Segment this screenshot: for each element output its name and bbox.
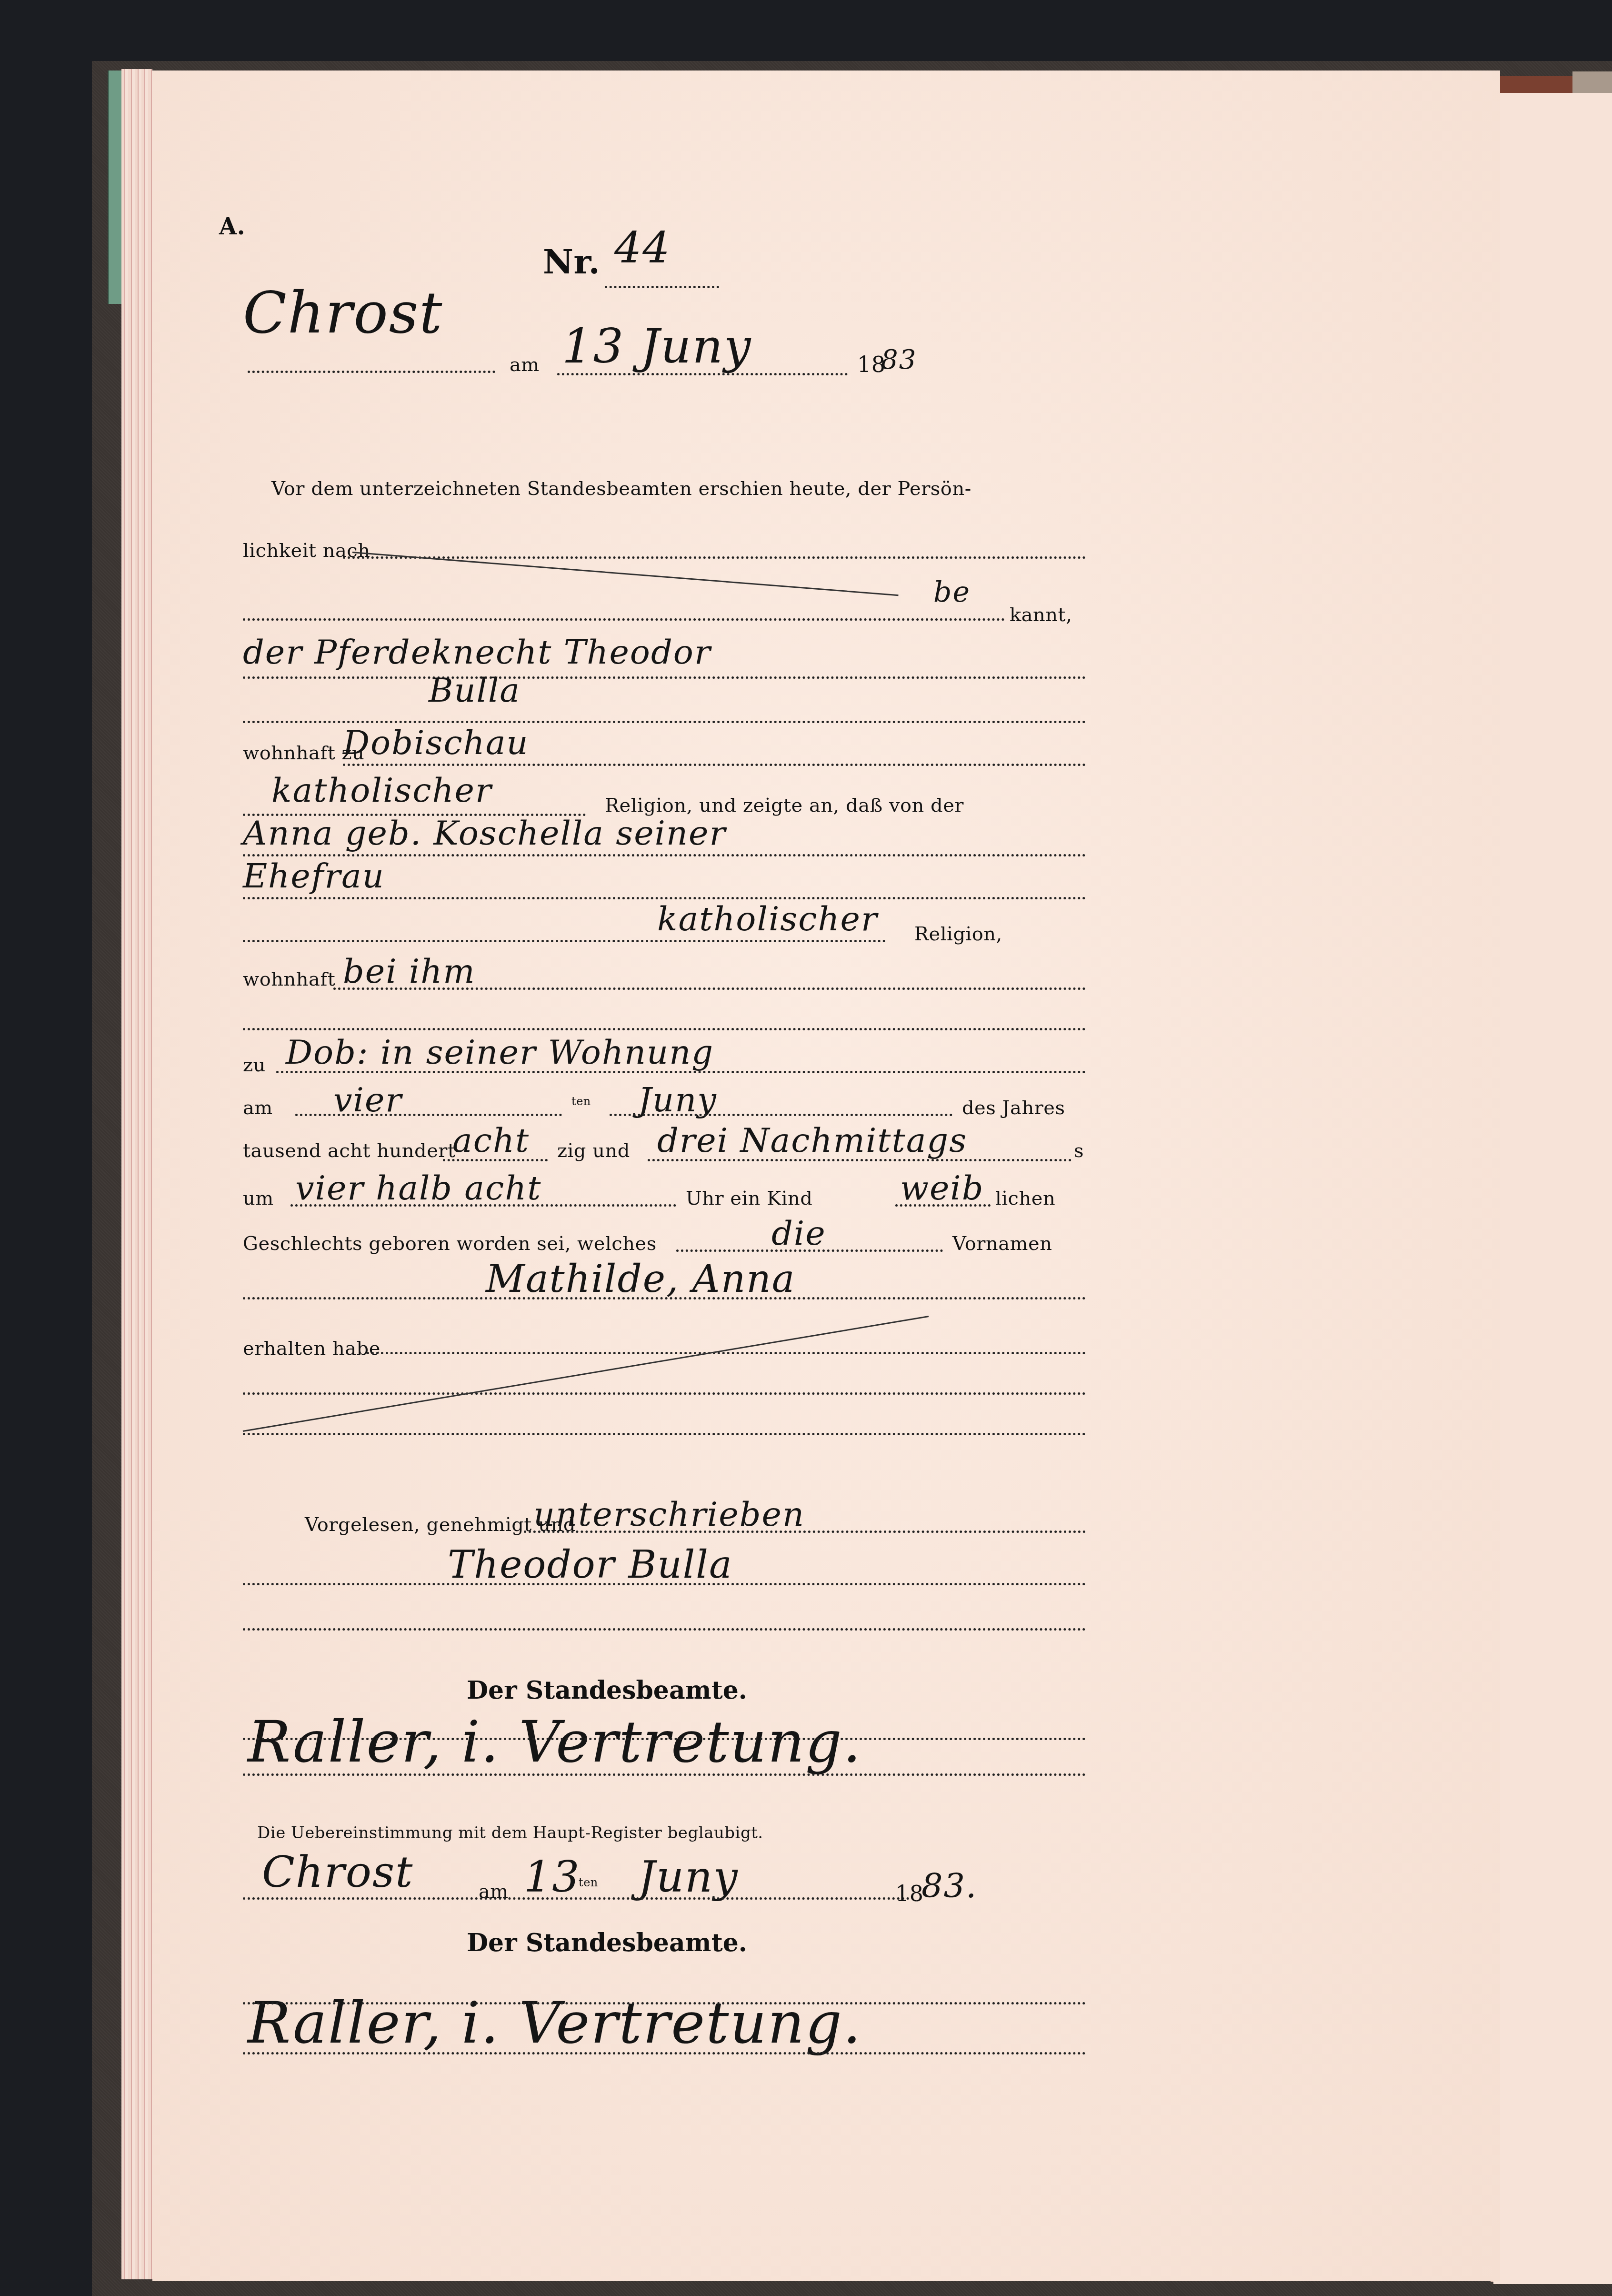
cert-registrar-signature: Raller, i. Vertretung.: [248, 1990, 862, 2056]
year-words-prefix: tausend acht hundert: [243, 1140, 456, 1162]
birth-record-form: A. Nr. 44 Chrost am 13 Juny 18 83 Vor de…: [152, 70, 1500, 2281]
named-text: Geschlechts geboren worden sei, welches: [243, 1233, 657, 1255]
declarant-line-1: [243, 676, 1086, 679]
time-label: um: [243, 1188, 274, 1209]
declarant-line1: der Pferdeknecht Theodor: [243, 633, 711, 672]
time-value: vier halb acht: [295, 1168, 542, 1208]
child-names-line: [243, 1297, 1086, 1299]
cert-month: Juny: [638, 1852, 739, 1902]
blank-line: [243, 1028, 1086, 1030]
named-line: [676, 1249, 943, 1252]
cert-date-line: [243, 1897, 910, 1900]
spine-edge: [1572, 71, 1612, 93]
year-tens-line: [443, 1159, 548, 1161]
residence-line: [343, 764, 1086, 766]
certification-text: Die Uebereinstimmung mit dem Haupt-Regis…: [257, 1823, 763, 1843]
date-line: [557, 373, 848, 375]
date-prefix: am: [510, 354, 540, 376]
mother-religion: katholischer: [657, 899, 878, 938]
cert-registrar-line-2: [243, 2052, 1086, 2054]
received-label: erhalten habe: [243, 1338, 380, 1359]
time-line: [290, 1204, 676, 1207]
declarant-signature: Theodor Bulla: [448, 1542, 733, 1587]
mother-residence-value: bei ihm: [343, 952, 476, 991]
registrar-signature: Raller, i. Vertretung.: [248, 1709, 862, 1775]
registrar-heading: Der Standesbeamte.: [467, 1676, 747, 1705]
child-names: Mathilde, Anna: [486, 1257, 795, 1301]
cert-registrar-heading: Der Standesbeamte.: [467, 1928, 747, 1957]
page-edges: [121, 69, 152, 2279]
record-number-line: [605, 286, 719, 288]
sex-suffix: lichen: [995, 1188, 1055, 1209]
birthplace-line: [276, 1071, 1086, 1073]
signature-line-1: [243, 1583, 1086, 1585]
register-page: A. Nr. 44 Chrost am 13 Juny 18 83 Vor de…: [152, 70, 1500, 2281]
received-line-2: [243, 1392, 1086, 1395]
birth-day-suffix: ten: [571, 1095, 591, 1108]
cert-year-suffix: 83.: [921, 1866, 977, 1905]
residence-value: Dobischau: [343, 723, 529, 762]
year-words-units: drei Nachmittags: [657, 1121, 967, 1160]
record-number-label: Nr.: [543, 242, 600, 282]
mother-line1: Anna geb. Koschella seiner: [243, 814, 726, 853]
year-units-line: [648, 1159, 1071, 1161]
identity-known-suffix: kannt,: [1010, 604, 1072, 626]
declarant-religion: katholischer: [271, 771, 492, 810]
cert-place: Chrost: [262, 1847, 413, 1897]
mother-residence-line: [333, 987, 1086, 990]
section-letter: A.: [219, 213, 245, 240]
bookmark-ribbon: [108, 70, 123, 304]
intro-text: Vor dem unterzeichneten Standesbeamten e…: [271, 478, 971, 500]
birth-year-label: des Jahres: [962, 1097, 1065, 1119]
forenames-label: Vornamen: [952, 1233, 1052, 1255]
birth-day-label: am: [243, 1097, 273, 1119]
record-number: 44: [614, 223, 671, 273]
birth-day-line: [295, 1114, 562, 1116]
sex-line: [895, 1204, 991, 1207]
birth-month-line: [610, 1114, 952, 1116]
cert-registrar-line-1: [243, 2002, 1086, 2004]
declarant-line2: Bulla: [429, 671, 521, 710]
signature-line-2: [243, 1628, 1086, 1631]
birthplace-value: Dob: in seiner Wohnung: [286, 1033, 714, 1072]
facing-page: [1493, 93, 1612, 2284]
religion-line-2: [243, 940, 886, 942]
identity-line-2: [243, 618, 1005, 621]
identity-known-hw: be: [933, 575, 971, 609]
spine-label: [1494, 76, 1572, 94]
identity-line-1: [343, 556, 1086, 559]
time-suffix: Uhr ein Kind: [686, 1188, 812, 1209]
registrar-line-2: [243, 1773, 1086, 1776]
birthplace-label: zu: [243, 1054, 266, 1076]
place-line: [248, 371, 495, 373]
cert-year-prefix: 18: [895, 1881, 924, 1906]
religion-text-2: Religion,: [914, 923, 1002, 945]
strike-line: [243, 1316, 929, 1432]
mother-residence-label: wohnhaft: [243, 968, 335, 990]
sex-value: weib: [900, 1168, 984, 1208]
cert-day-suffix: ten: [579, 1876, 598, 1889]
read-line: [524, 1531, 1086, 1533]
received-line-3: [243, 1433, 1086, 1435]
place-value: Chrost: [243, 280, 443, 346]
named-value: die: [771, 1214, 826, 1253]
received-line-1: [367, 1352, 1086, 1354]
year-words-mid: zig und: [557, 1140, 630, 1162]
year-words-tens: acht: [452, 1121, 530, 1160]
registrar-line-1: [243, 1738, 1086, 1740]
date-value: 13 Juny: [562, 318, 751, 374]
read-value: unterschrieben: [533, 1495, 805, 1534]
year-suffix: 83: [881, 344, 917, 375]
mother-line2: Ehefrau: [243, 856, 385, 896]
cert-day: 13: [524, 1852, 581, 1902]
year-words-suffix: s: [1074, 1140, 1084, 1162]
